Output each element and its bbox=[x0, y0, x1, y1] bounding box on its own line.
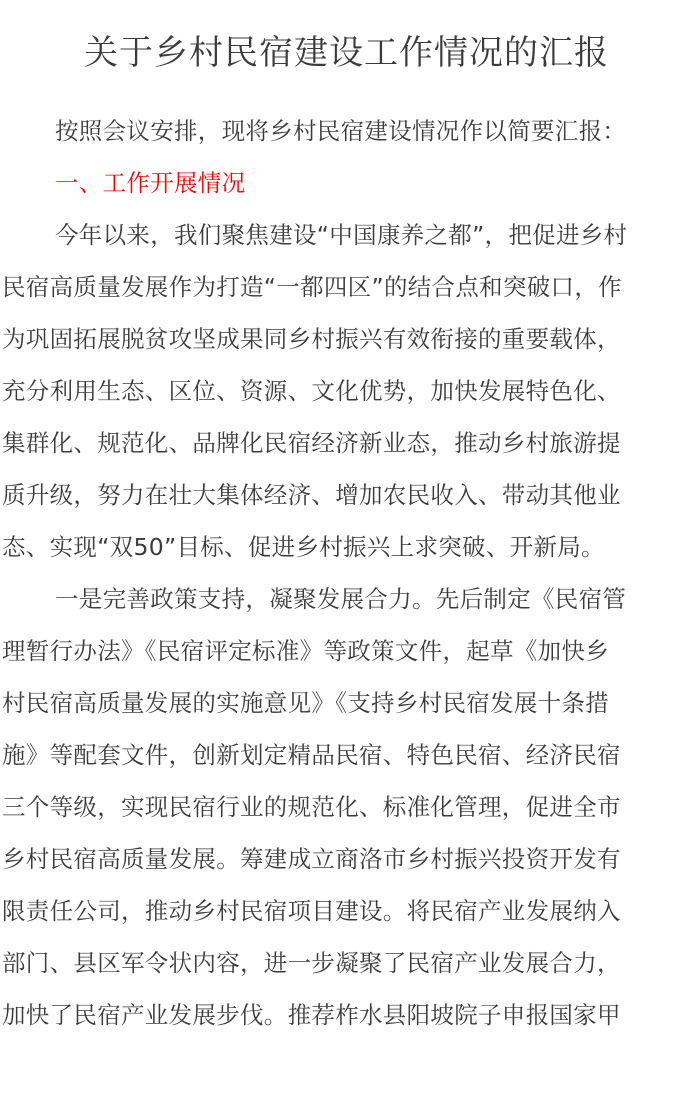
intro-paragraph: 按照会议安排，现将乡村民宿建设情况作以简要汇报： bbox=[55, 116, 693, 146]
paragraph-line: 为巩固拓展脱贫攻坚成果同乡村振兴有效衔接的重要载体， bbox=[2, 324, 693, 354]
paragraph-line: 理暂行办法》《民宿评定标准》等政策文件，起草《加快乡 bbox=[2, 636, 693, 666]
document-title: 关于乡村民宿建设工作情况的汇报 bbox=[0, 30, 693, 76]
paragraph-line: 部门、县区军令状内容，进一步凝聚了民宿产业发展合力， bbox=[2, 948, 693, 978]
paragraph-line: 一是完善政策支持，凝聚发展合力。先后制定《民宿管 bbox=[55, 584, 693, 614]
paragraph-line: 限责任公司，推动乡村民宿项目建设。将民宿产业发展纳入 bbox=[2, 896, 693, 926]
paragraph-line: 乡村民宿高质量发展。筹建成立商洛市乡村振兴投资开发有 bbox=[2, 844, 693, 874]
section-heading: 一、工作开展情况 bbox=[55, 168, 693, 198]
paragraph-line: 三个等级，实现民宿行业的规范化、标准化管理，促进全市 bbox=[2, 792, 693, 822]
paragraph-line: 施》等配套文件，创新划定精品民宿、特色民宿、经济民宿 bbox=[2, 740, 693, 770]
paragraph-line: 加快了民宿产业发展步伐。推荐柞水县阳坡院子申报国家甲 bbox=[2, 1000, 693, 1030]
paragraph-line: 充分利用生态、区位、资源、文化优势，加快发展特色化、 bbox=[2, 376, 693, 406]
paragraph-line: 集群化、规范化、品牌化民宿经济新业态，推动乡村旅游提 bbox=[2, 428, 693, 458]
paragraph-line: 今年以来，我们聚焦建设“中国康养之都”，把促进乡村 bbox=[55, 220, 693, 250]
paragraph-line: 态、实现“双50”目标、促进乡村振兴上求突破、开新局。 bbox=[2, 532, 693, 562]
paragraph-line: 质升级，努力在壮大集体经济、增加农民收入、带动其他业 bbox=[2, 480, 693, 510]
paragraph-line: 民宿高质量发展作为打造“一都四区”的结合点和突破口，作 bbox=[2, 272, 693, 302]
paragraph-line: 村民宿高质量发展的实施意见》《支持乡村民宿发展十条措 bbox=[2, 688, 693, 718]
